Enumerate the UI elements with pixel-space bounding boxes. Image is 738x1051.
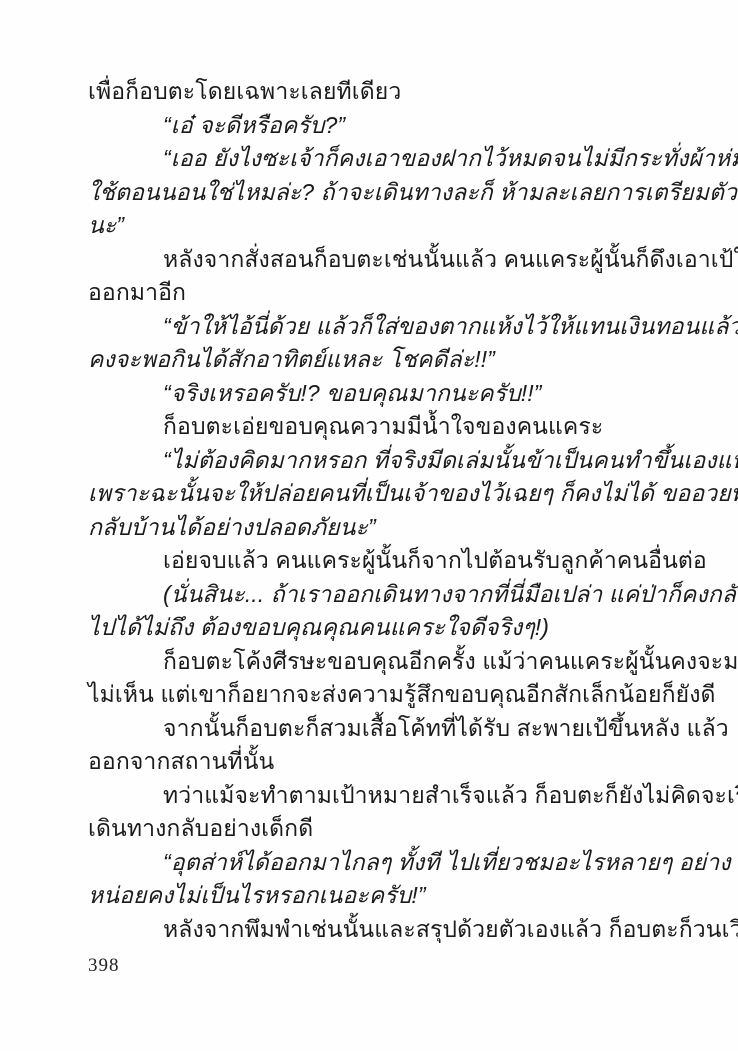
text-line: จากนั้นก็อบตะก็สวมเสื้อโค้ทที่ได้รับ สะพ… bbox=[88, 712, 660, 746]
text-line: ก็อบตะเอ่ยขอบคุณความมีน้ำใจของคนแคระ bbox=[88, 410, 660, 444]
text-line: เพื่อก็อบตะโดยเฉพาะเลยทีเดียว bbox=[88, 75, 660, 109]
text-line: (นั่นสินะ... ถ้าเราออกเดินทางจากที่นี่มื… bbox=[88, 578, 660, 612]
text-line: ก็อบตะโค้งศีรษะขอบคุณอีกครั้ง แม้ว่าคนแค… bbox=[88, 645, 660, 679]
text-line: หลังจากพึมพำเช่นนั้นและสรุปด้วยตัวเองแล้… bbox=[88, 913, 660, 947]
page-number: 398 bbox=[88, 953, 120, 979]
text-line: เดินทางกลับอย่างเด็กดี bbox=[88, 812, 660, 846]
text-line: นะ” bbox=[88, 209, 660, 243]
text-line: ทว่าแม้จะทำตามเป้าหมายสำเร็จแล้ว ก็อบตะก… bbox=[88, 779, 660, 813]
text-line: หน่อยคงไม่เป็นไรหรอกเนอะครับ!” bbox=[88, 879, 660, 913]
text-line: คงจะพอกินได้สักอาทิตย์แหละ โชคดีล่ะ!!” bbox=[88, 343, 660, 377]
text-line: “อุตส่าห์ได้ออกมาไกลๆ ทั้งที ไปเที่ยวชมอ… bbox=[88, 846, 660, 880]
text-line: ออกจากสถานที่นั้น bbox=[88, 745, 660, 779]
text-line: ไม่เห็น แต่เขาก็อยากจะส่งความรู้สึกขอบคุ… bbox=[88, 678, 660, 712]
page-text: เพื่อก็อบตะโดยเฉพาะเลยทีเดียว“เอ๋ จะดีหร… bbox=[88, 75, 660, 946]
text-line: “เออ ยังไงซะเจ้าก็คงเอาของฝากไว้หมดจนไม่… bbox=[88, 142, 660, 176]
text-line: ใช้ตอนนอนใช่ไหมล่ะ? ถ้าจะเดินทางละก็ ห้า… bbox=[88, 176, 660, 210]
text-line: หลังจากสั่งสอนก็อบตะเช่นนั้นแล้ว คนแคระผ… bbox=[88, 243, 660, 277]
text-line: “ข้าให้ไอ้นี่ด้วย แล้วก็ใส่ของตากแห้งไว้… bbox=[88, 310, 660, 344]
book-page: เพื่อก็อบตะโดยเฉพาะเลยทีเดียว“เอ๋ จะดีหร… bbox=[0, 0, 738, 1051]
text-line: “ไม่ต้องคิดมากหรอก ที่จริงมีดเล่มนั้นข้า… bbox=[88, 444, 660, 478]
text-line: ออกมาอีก bbox=[88, 276, 660, 310]
text-line: ไปได้ไม่ถึง ต้องขอบคุณคุณคนแคระใจดีจริงๆ… bbox=[88, 611, 660, 645]
text-line: “จริงเหรอครับ!? ขอบคุณมากนะครับ!!” bbox=[88, 377, 660, 411]
text-line: กลับบ้านได้อย่างปลอดภัยนะ” bbox=[88, 511, 660, 545]
text-line: เพราะฉะนั้นจะให้ปล่อยคนที่เป็นเจ้าของไว้… bbox=[88, 477, 660, 511]
text-line: เอ่ยจบแล้ว คนแคระผู้นั้นก็จากไปต้อนรับลู… bbox=[88, 544, 660, 578]
text-line: “เอ๋ จะดีหรือครับ?” bbox=[88, 109, 660, 143]
